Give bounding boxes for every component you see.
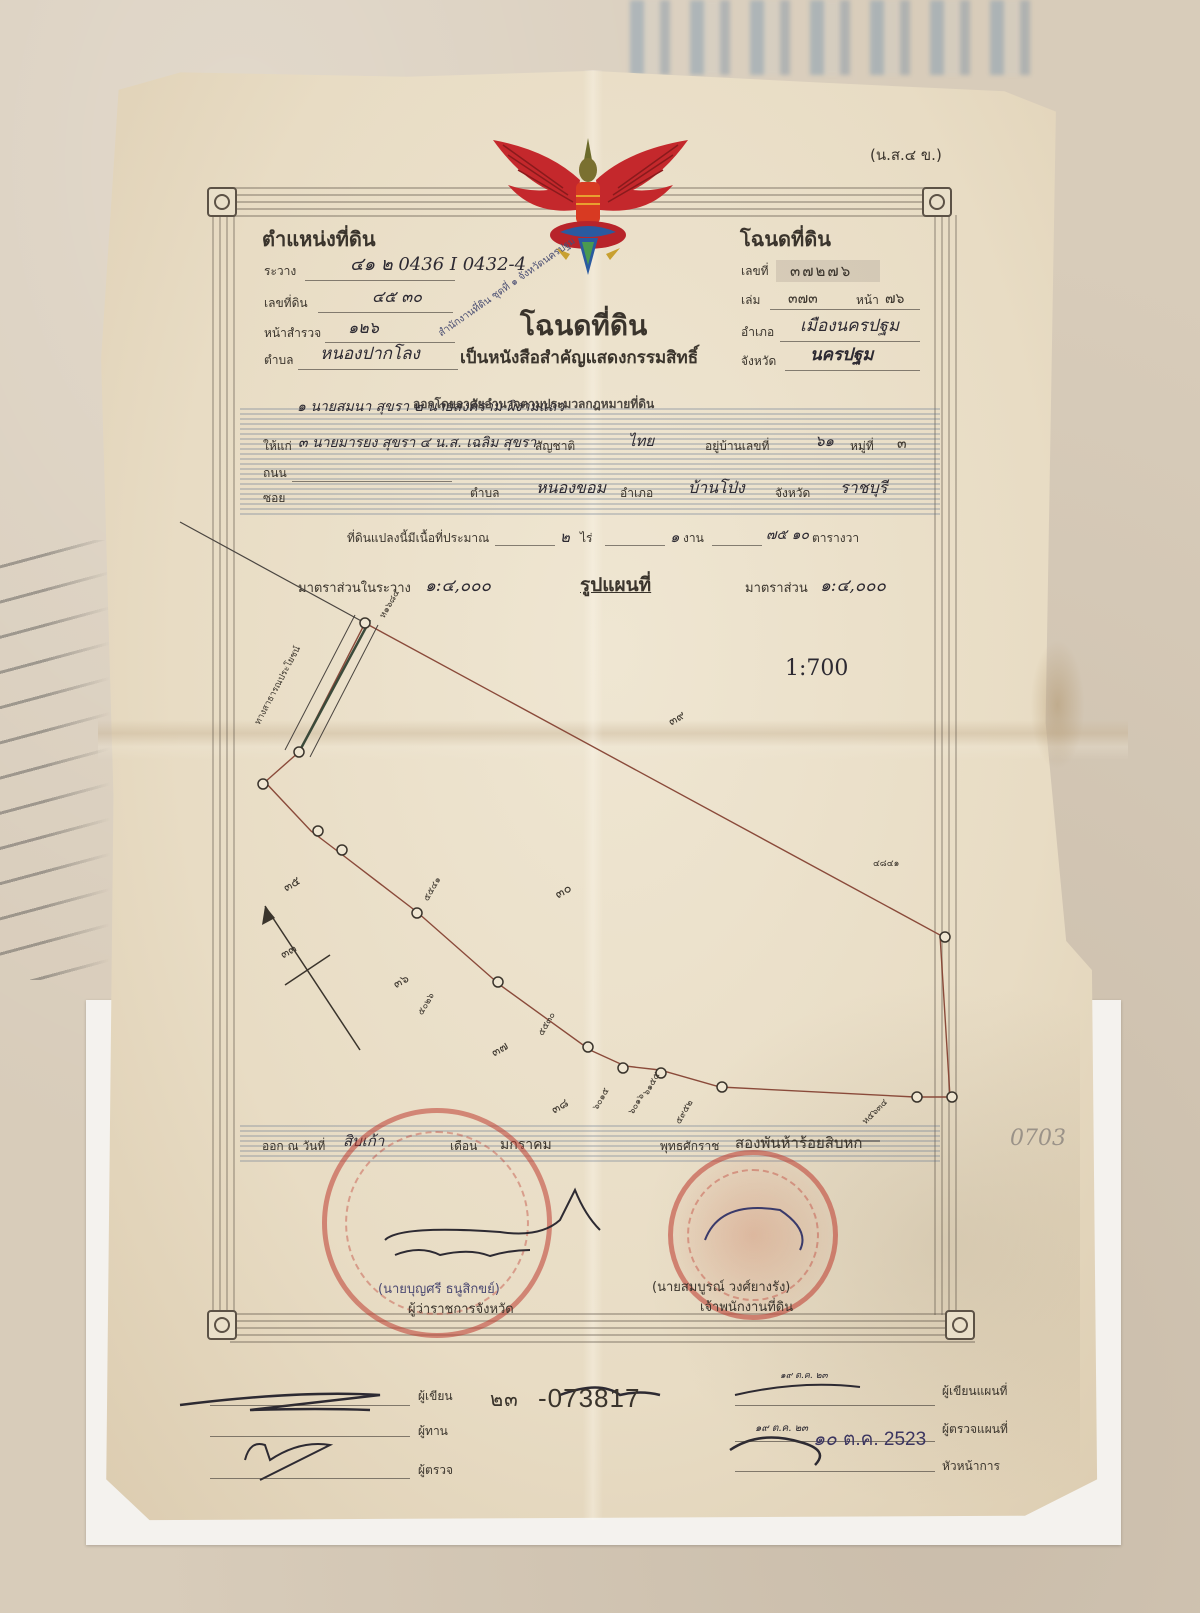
district-label: อำเภอ <box>741 326 774 338</box>
rule <box>298 369 458 370</box>
moo-label: หมู่ที่ <box>850 440 874 452</box>
district-value: เมืองนครปฐม <box>800 318 899 335</box>
rule <box>735 1405 935 1406</box>
scale-left-value: ๑:๔,๐๐๐ <box>425 578 491 595</box>
road-label: ถนน <box>263 467 287 479</box>
governor-title: ผู้ว่าราชการจังหวัด <box>408 1303 514 1316</box>
owner-subdistrict-label: ตำบล <box>470 487 500 499</box>
issued-year: สองพันห้าร้อยสิบหก <box>735 1136 862 1151</box>
background-leaves <box>0 540 110 980</box>
vertical-fold <box>583 70 603 1520</box>
land-location-heading: ตำแหน่งที่ดิน <box>262 229 376 249</box>
rule <box>770 309 920 310</box>
deed-number-label: เลขที่ <box>741 265 769 277</box>
survey-page-value: ๑๒๖ <box>348 320 379 336</box>
province-label: จังหวัด <box>741 355 776 367</box>
nationality-value: ไทย <box>628 434 654 449</box>
parcel-no-value: ๔๕ ๓๐ <box>372 289 422 305</box>
issued-on-label: ออก ณ วันที่ <box>262 1140 325 1152</box>
previous-owners: ๑ นายสมนา สุขรา ๒ นายสงคราม ผิงามแถว <box>297 400 564 414</box>
reviewer-label: ผู้ทาน <box>418 1425 448 1437</box>
map-scale-annotation: 1:700 <box>785 658 848 680</box>
chief-label: หัวหน้าการ <box>942 1460 1000 1472</box>
survey-page-label: หน้าสำรวจ <box>264 327 321 339</box>
house-no-label: อยู่บ้านเลขที่ <box>705 440 769 452</box>
volume-value: ๓๗๓ <box>788 292 818 306</box>
area-ngan-unit: งาน <box>683 532 704 544</box>
owner-province-label: จังหวัด <box>775 487 810 499</box>
grantee-label: ให้แก่ <box>263 440 292 452</box>
moo-value: ๓ <box>897 437 907 451</box>
house-no-value: ๖๑ <box>815 434 834 449</box>
horizontal-fold <box>98 720 1128 760</box>
issued-year-label: พุทธศักราช <box>660 1140 719 1152</box>
margin-note: 0703 <box>1010 1128 1066 1150</box>
owner-province-value: ราชบุรี <box>840 480 887 496</box>
page-label: หน้า <box>856 294 879 306</box>
rule <box>780 341 920 342</box>
rule <box>735 1471 935 1472</box>
land-officer-title: เจ้าพนักงานที่ดิน <box>700 1301 793 1314</box>
rule <box>495 545 555 546</box>
page-value: ๗๖ <box>885 292 904 306</box>
corner-ornament-icon <box>922 187 952 217</box>
grantee-value: ๓ นายมารยง สุขรา ๔ น.ส. เฉลิม สุขรา <box>298 436 536 450</box>
map-checker-note: ๑๙ ต.ค. ๒๓ <box>755 1424 808 1434</box>
area-sqwa-unit: ตารางวา <box>812 532 859 544</box>
owner-district-value: บ้านโป่ง <box>688 480 745 496</box>
rule <box>210 1478 410 1479</box>
soi-label: ซอย <box>263 492 285 504</box>
map-checker-label: ผู้ตรวจแผนที่ <box>942 1423 1008 1435</box>
security-pattern <box>240 408 940 518</box>
checker-label: ผู้ตรวจ <box>418 1464 453 1476</box>
land-officer-name: (นายสมบูรณ์ วงศ์ยางรัง) <box>652 1281 790 1294</box>
owner-subdistrict-value: หนองขอม <box>536 480 606 496</box>
subdistrict-value: หนองปากโลง <box>320 346 420 363</box>
frame-left-microtext <box>212 215 240 1315</box>
frame-bottom-microtext <box>230 1313 975 1343</box>
corner-ornament-icon <box>945 1310 975 1340</box>
rule <box>325 342 455 343</box>
rule <box>318 312 453 313</box>
serial-number: -073817 <box>538 1385 640 1411</box>
rule <box>785 370 920 371</box>
province-value: นครปฐม <box>810 347 874 364</box>
area-ngan-value: ๑ <box>670 530 680 545</box>
rule <box>292 481 452 482</box>
stain <box>1030 640 1085 770</box>
scale-right-value: ๑:๔,๐๐๐ <box>820 578 886 595</box>
corner-ornament-icon <box>207 187 237 217</box>
form-code: (น.ส.๔ ข.) <box>870 148 942 163</box>
nationality-label: สัญชาติ <box>535 440 575 452</box>
rule <box>712 545 762 546</box>
page-title: โฉนดที่ดิน <box>520 312 647 340</box>
parcel-no-label: เลขที่ดิน <box>264 297 308 309</box>
date-stamp-day: ๑๐ <box>813 1430 837 1449</box>
area-rai-value: ๒ <box>560 530 570 545</box>
writer-label: ผู้เขียน <box>418 1390 453 1402</box>
map-writer-label: ผู้เขียนแผนที่ <box>942 1385 1007 1397</box>
rule <box>305 280 455 281</box>
area-label: ที่ดินแปลงนี้มีเนื้อที่ประมาณ <box>347 532 489 544</box>
date-stamp: ต.ค. 2523 <box>843 1430 926 1449</box>
corner-ornament-icon <box>207 1310 237 1340</box>
rule <box>605 545 665 546</box>
owner-district-label: อำเภอ <box>620 487 653 499</box>
area-rai-unit: ไร่ <box>580 532 592 544</box>
serial-prefix: ๒๓ <box>490 1390 519 1410</box>
rule <box>210 1405 410 1406</box>
map-sheet-label: ระวาง <box>264 265 296 277</box>
scale-right-label: มาตราส่วน <box>745 582 808 595</box>
deed-heading: โฉนดที่ดิน <box>740 229 831 249</box>
marker-label: ๔๘๔๑ <box>873 860 899 869</box>
map-sheet-value: ๔๑ ๒ 0436 I 0432-4 <box>350 256 526 274</box>
background-cloth <box>630 0 1030 75</box>
governor-name: (นายบุญศรี ธนูสิกขย์) <box>378 1283 500 1296</box>
subdistrict-label: ตำบล <box>264 354 294 366</box>
deed-number-value: ๓๗๒๗๖ <box>790 264 852 279</box>
volume-label: เล่ม <box>741 294 760 306</box>
map-title: รูปแผนที่ <box>580 576 651 595</box>
map-writer-note: ๑๙ ต.ค. ๒๓ <box>780 1372 828 1381</box>
area-sqwa-value: ๗๕ ๑๐ <box>766 528 809 542</box>
page-subtitle: เป็นหนังสือสำคัญแสดงกรรมสิทธิ์ <box>460 350 698 367</box>
rule <box>210 1436 410 1437</box>
